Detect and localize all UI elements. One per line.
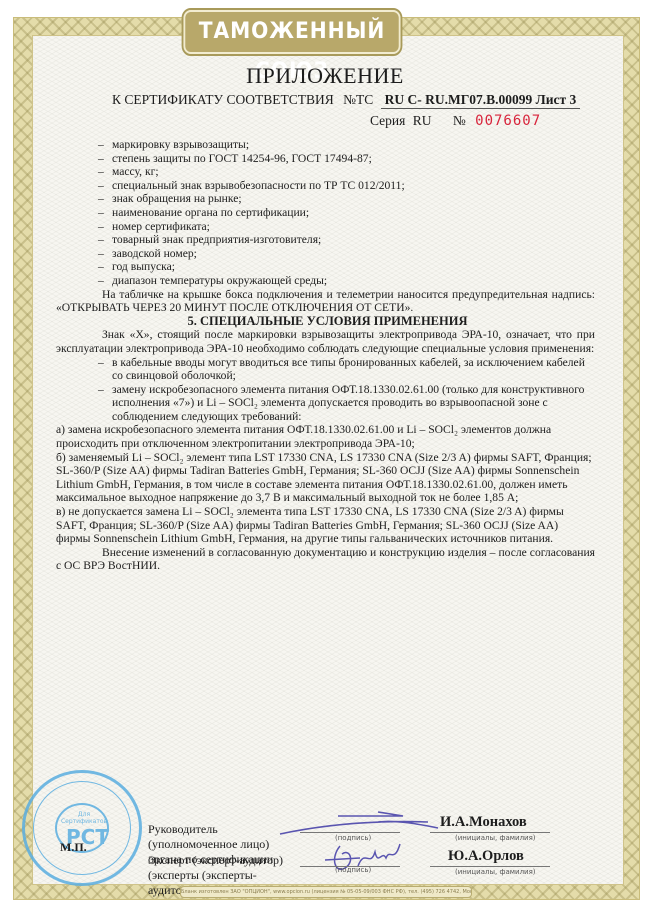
stamp-caption: Для Сертификатов [59,811,109,825]
dash-bullet: – [98,152,104,166]
page-title: ПРИЛОЖЕНИЕ [0,63,650,89]
dash-bullet: – [98,247,104,261]
name-caption: (инициалы, фамилия) [455,834,536,842]
list-item: –наименование органа по сертификации; [60,206,595,220]
list-item: –массу, кг; [60,165,595,179]
condition-item: –в кабельные вводы могут вводиться все т… [60,356,595,383]
expert-name: Ю.А.Орлов [448,848,524,865]
signature-caption: (подпись) [335,866,371,874]
cert-number: RU C- RU.МГ07.В.00099 Лист 3 [381,92,581,109]
series-label: Серия [370,113,405,128]
name-caption: (инициалы, фамилия) [455,868,536,876]
dash-bullet: – [98,165,104,179]
head-name: И.А.Монахов [440,814,527,831]
condition-item: –замену искробезопасного элемента питани… [60,383,595,424]
cert-no-label: №ТС [343,92,373,107]
section-heading: 5. СПЕЦИАЛЬНЫЕ УСЛОВИЯ ПРИМЕНЕНИЯ [60,315,595,329]
certificate-reference: К СЕРТИФИКАТУ СООТВЕТСТВИЯ №ТС RU C- RU.… [112,92,580,109]
cert-label: К СЕРТИФИКАТУ СООТВЕТСТВИЯ [112,92,334,107]
series-line: Серия RU № 0076607 [370,113,541,129]
sub-conditions: а) замена искробезопасного элемента пита… [60,423,595,545]
list-item: –номер сертификата; [60,220,595,234]
dash-bullet: – [98,192,104,206]
dash-bullet: – [98,179,104,193]
series-value: RU [413,113,432,128]
section-intro: Знак «Х», стоящий после маркировки взрыв… [56,328,595,355]
document-body: –маркировку взрывозащиты;–степень защиты… [60,138,595,573]
stamp-place-label: М.П. [60,840,87,855]
dash-bullet: – [98,138,104,152]
list-item: –степень защиты по ГОСТ 14254-96, ГОСТ 1… [60,152,595,166]
form-footer: Бланк изготовлен ЗАО "ОПЦИОН", www.opcio… [180,886,472,898]
dash-bullet: – [98,206,104,220]
dash-bullet: – [98,274,104,288]
dash-bullet: – [98,356,104,370]
list-item: –заводской номер; [60,247,595,261]
dash-bullet: – [98,233,104,247]
list-item: –диапазон температуры окружающей среды; [60,274,595,288]
blank-number: 0076607 [475,113,541,129]
closing-paragraph: Внесение изменений в согласованную докум… [56,546,595,573]
conditions-list: –в кабельные вводы могут вводиться все т… [60,356,595,424]
dash-bullet: – [98,220,104,234]
sub-condition: в) не допускается замена Li – SOCl₂ элем… [56,505,595,546]
list-item: –знак обращения на рынке; [60,192,595,206]
certification-stamp: Для Сертификатов РСТ [22,770,142,886]
marking-list: –маркировку взрывозащиты;–степень защиты… [60,138,595,288]
list-item: –маркировку взрывозащиты; [60,138,595,152]
warning-paragraph: На табличке на крышке бокса подключения … [56,288,595,315]
dash-bullet: – [98,260,104,274]
list-item: –год выпуска; [60,260,595,274]
sub-condition: а) замена искробезопасного элемента пита… [56,423,595,450]
number-label: № [453,113,466,128]
customs-union-banner: ТАМОЖЕННЫЙ СОЮЗ [183,10,400,54]
dash-bullet: – [98,383,104,397]
list-item: –специальный знак взрывобезопасности по … [60,179,595,193]
sub-condition: б) заменяемый Li – SOCl₂ элемент типа LS… [56,451,595,505]
list-item: –товарный знак предприятия-изготовителя; [60,233,595,247]
